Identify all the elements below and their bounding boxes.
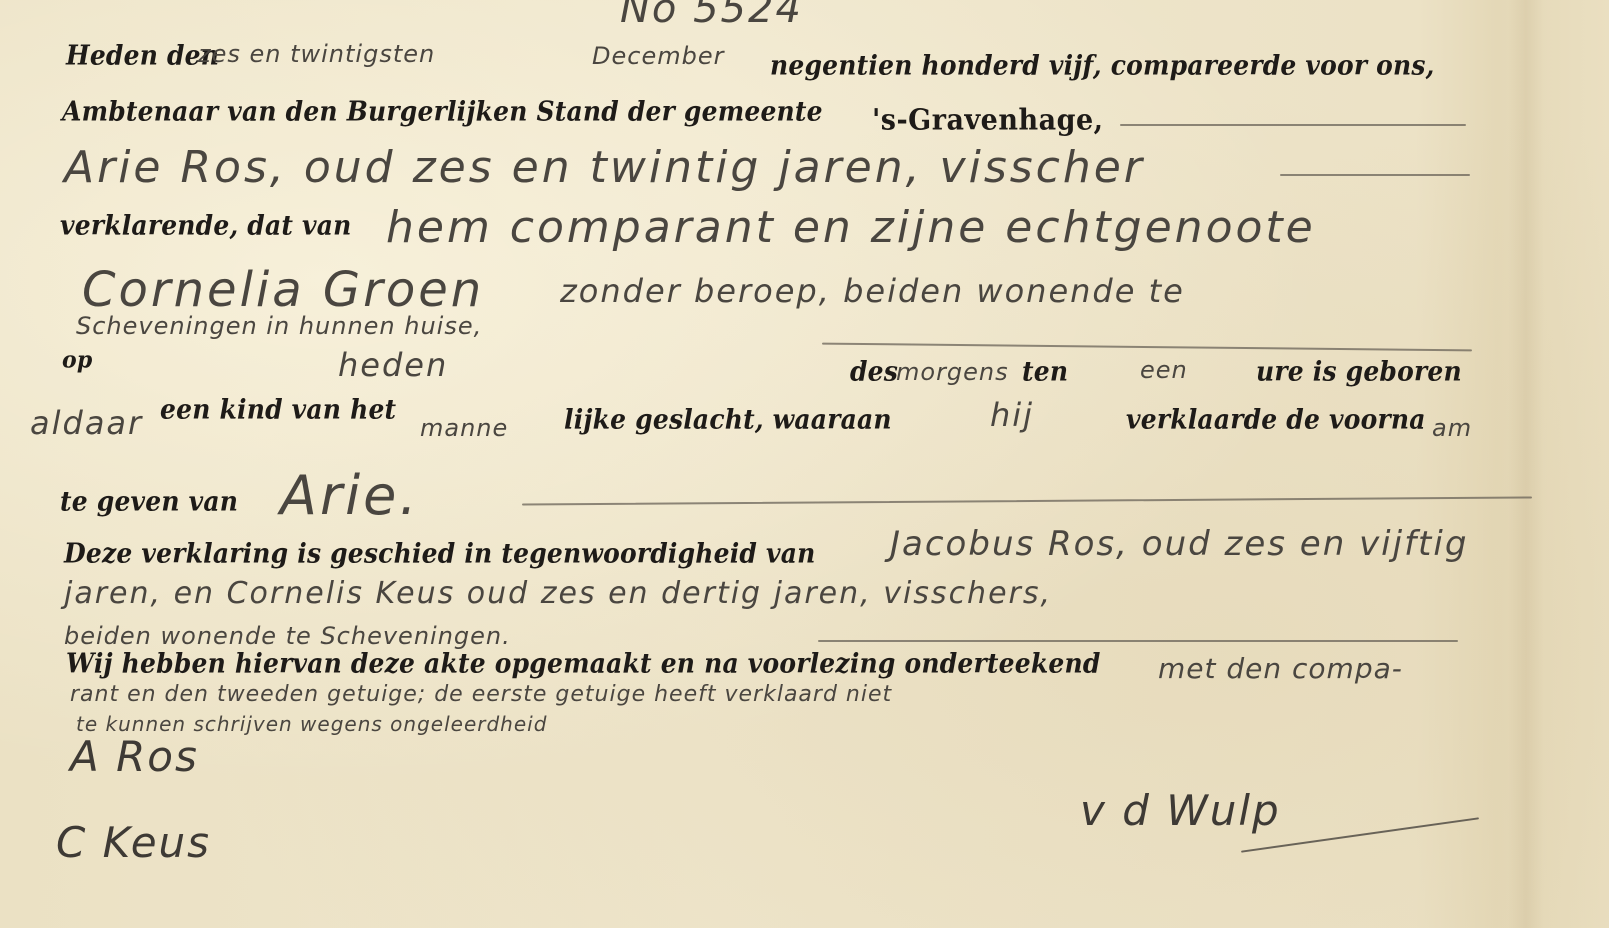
printed-op: op: [62, 346, 92, 374]
hand-child-name: Arie.: [280, 464, 420, 527]
printed-des: des: [850, 356, 898, 387]
rule-line: [818, 640, 1458, 642]
hand-day: zes en twintigsten: [198, 40, 435, 68]
printed-deze-verklaring: Deze verklaring is geschied in tegenwoor…: [64, 538, 816, 569]
rule-line: [822, 343, 1472, 352]
printed-geslacht: lijke geslacht, waaraan: [564, 404, 892, 435]
hand-witness-residence: beiden wonende te Scheveningen.: [64, 622, 511, 650]
hand-residence: Scheveningen in hunnen huise,: [76, 312, 482, 340]
rule-line: [1120, 124, 1466, 126]
printed-city: 's-Gravenhage,: [872, 104, 1104, 137]
hand-sex: manne: [420, 414, 508, 442]
hand-month: December: [592, 42, 724, 70]
hand-mother-occupation: zonder beroep, beiden wonende te: [560, 272, 1185, 310]
hand-hij: hij: [990, 396, 1034, 434]
printed-wij-hebben: Wij hebben hiervan deze akte opgemaakt e…: [66, 648, 1101, 679]
birth-record-page: No 5524 Heden den zes en twintigsten Dec…: [0, 0, 1609, 928]
printed-een-kind: een kind van het: [160, 394, 396, 425]
hand-witness-2: jaren, en Cornelis Keus oud zes en derti…: [64, 576, 1052, 611]
page-fold: [1508, 0, 1544, 928]
hand-met-den-comparant: met den compa-: [1158, 652, 1403, 685]
hand-time-of-day: morgens: [896, 358, 1009, 386]
signature-father: A Ros: [70, 732, 199, 781]
hand-mother-name: Cornelia Groen: [82, 262, 484, 318]
hand-am: am: [1432, 414, 1472, 442]
hand-witness-1: Jacobus Ros, oud zes en vijftig: [890, 524, 1468, 564]
printed-year-compareerde: negentien honderd vijf, compareerde voor…: [770, 50, 1435, 81]
printed-verklarende: verklarende, dat van: [60, 210, 352, 241]
hand-mother-relation: hem comparant en zijne echtgenoote: [386, 202, 1316, 253]
printed-te-geven: te geven van: [60, 486, 238, 517]
hand-aldaar: aldaar: [30, 404, 143, 442]
record-number: No 5524: [620, 0, 803, 32]
printed-ten: ten: [1022, 356, 1068, 387]
printed-voornaam: verklaarde de voorna: [1126, 404, 1426, 435]
signature-registrar: v d Wulp: [1080, 786, 1281, 835]
hand-birth-date: heden: [338, 346, 448, 384]
hand-birth-hour: een: [1140, 356, 1188, 384]
rule-line: [522, 496, 1532, 505]
printed-ure-geboren: ure is geboren: [1256, 356, 1462, 387]
rule-line: [1280, 174, 1470, 176]
hand-signing-note: rant en den tweeden getuige; de eerste g…: [70, 682, 892, 707]
printed-heden-den: Heden den: [66, 40, 219, 71]
signature-witness: C Keus: [56, 818, 211, 867]
hand-father-info: Arie Ros, oud zes en twintig jaren, viss…: [64, 142, 1145, 193]
printed-ambtenaar: Ambtenaar van den Burgerlijken Stand der…: [62, 96, 823, 127]
